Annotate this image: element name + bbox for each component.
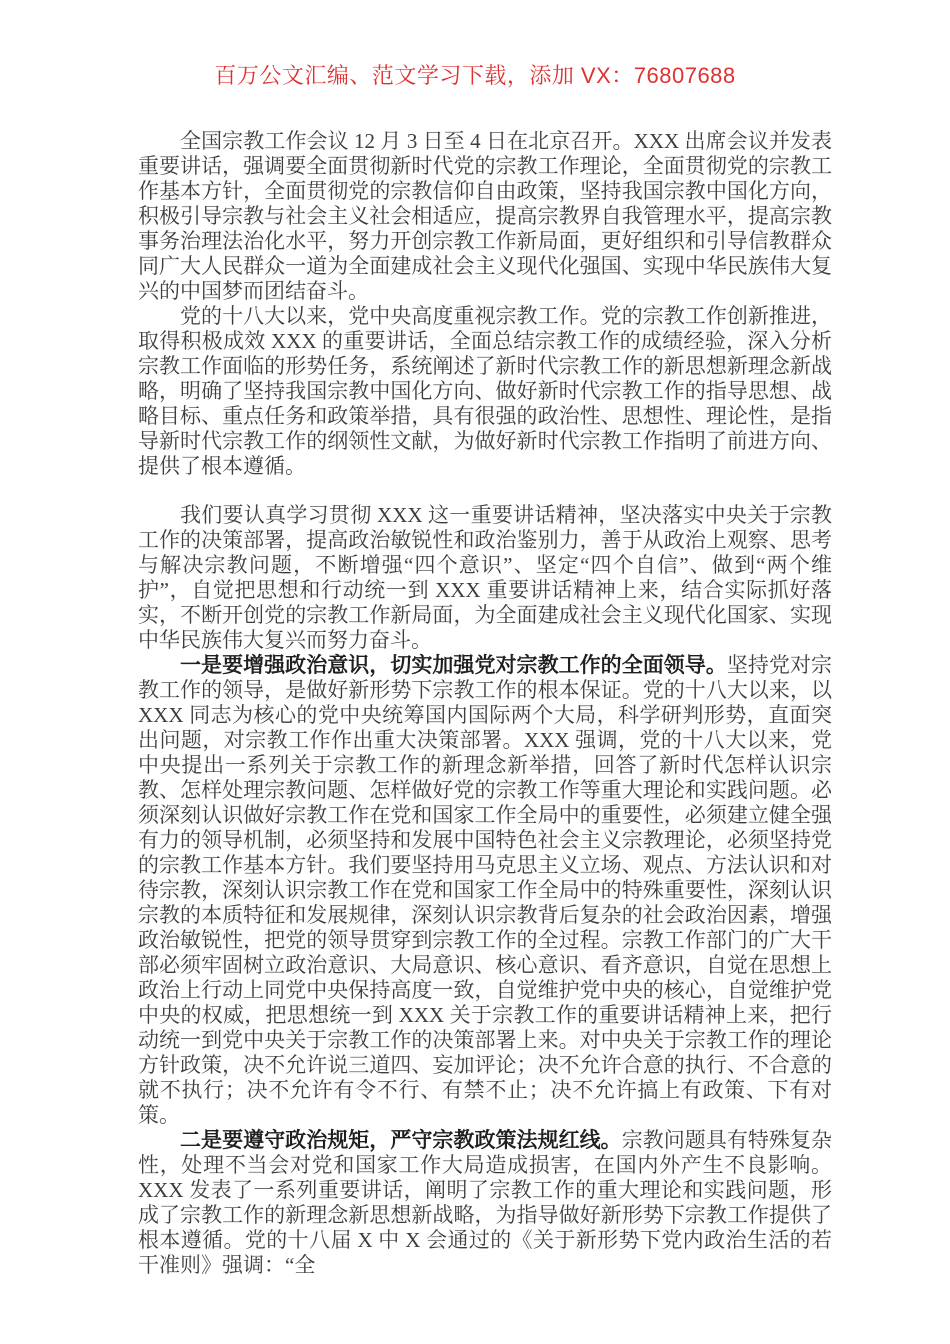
promo-banner: 百万公文汇编、范文学习下载，添加 VX：76807688 <box>0 0 950 90</box>
paragraph: 全国宗教工作会议 12 月 3 日至 4 日在北京召开。XXX 出席会议并发表重… <box>138 129 832 304</box>
paragraph: 二是要遵守政治规矩，严守宗教政策法规红线。宗教问题具有特殊复杂性，处理不当会对党… <box>138 1128 832 1278</box>
paragraph-lead-bold: 二是要遵守政治规矩，严守宗教政策法规红线。 <box>180 1128 622 1152</box>
document-page: 百万公文汇编、范文学习下载，添加 VX：76807688 全国宗教工作会议 12… <box>0 0 950 1344</box>
paragraph-text: 党的十八大以来，党中央高度重视宗教工作。党的宗教工作创新推进，取得积极成效 XX… <box>138 304 832 478</box>
paragraph: 党的十八大以来，党中央高度重视宗教工作。党的宗教工作创新推进，取得积极成效 XX… <box>138 304 832 479</box>
promo-text: 百万公文汇编、范文学习下载，添加 VX：76807688 <box>214 63 735 88</box>
paragraph-text: 全国宗教工作会议 12 月 3 日至 4 日在北京召开。XXX 出席会议并发表重… <box>138 129 832 303</box>
document-body: 全国宗教工作会议 12 月 3 日至 4 日在北京召开。XXX 出席会议并发表重… <box>138 129 832 1278</box>
paragraph: 一是要增强政治意识，切实加强党对宗教工作的全面领导。坚持党对宗教工作的领导，是做… <box>138 653 832 1128</box>
paragraph-lead-bold: 一是要增强政治意识，切实加强党对宗教工作的全面领导。 <box>180 653 727 677</box>
paragraph-text: 我们要认真学习贯彻 XXX 这一重要讲话精神，坚决落实中央关于宗教工作的决策部署… <box>138 503 832 652</box>
paragraph-text: 坚持党对宗教工作的领导，是做好新形势下宗教工作的根本保证。党的十八大以来，以 X… <box>138 653 832 1127</box>
paragraph: 我们要认真学习贯彻 XXX 这一重要讲话精神，坚决落实中央关于宗教工作的决策部署… <box>138 503 832 653</box>
